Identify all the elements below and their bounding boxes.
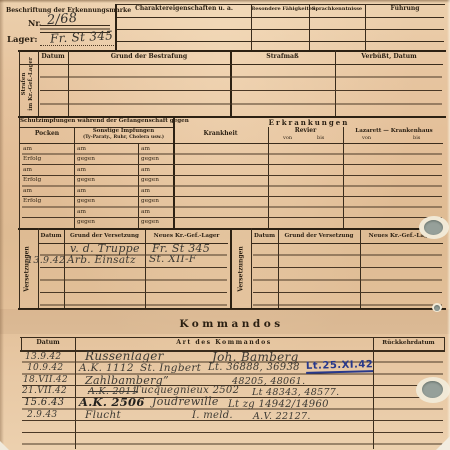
kommandos-table: Kommandos Datum Art des Kommandos Rückke… xyxy=(0,0,450,450)
page-edge-left xyxy=(0,0,4,450)
kommando-entry: Joh. Bamberg xyxy=(212,351,299,363)
kommando-entry: Flucht xyxy=(85,410,121,421)
page-edge-top xyxy=(0,0,450,3)
kommando-entry: A.K. 1112 xyxy=(79,363,134,374)
col-art: Art des Kommandos xyxy=(75,340,373,347)
punch-hole xyxy=(424,220,443,235)
kommando-datum: 10.9.42 xyxy=(27,364,63,373)
kommando-entry: Lt. 36888, 36938 xyxy=(208,363,300,373)
kommando-entry: Lt 48343, 48577. xyxy=(252,388,339,398)
kommando-datum: 21.VII.42 xyxy=(22,387,67,396)
kommando-datum: 2.9.43 xyxy=(27,411,57,420)
kommando-entry: Lt zg 14942/14960 xyxy=(228,400,329,410)
kommando-entry: 48205, 48061. xyxy=(232,377,305,387)
punch-hole xyxy=(422,381,443,398)
kommando-entry: St. Ingbert xyxy=(140,363,201,374)
kommando-entry: A.V. 22127. xyxy=(253,412,311,422)
kommando-entry: Tucquegnieux 2502 xyxy=(134,386,239,396)
kommando-datum: 13.9.42 xyxy=(25,353,61,362)
kommando-entry: Zahlbamberg” xyxy=(85,375,169,386)
kommando-entry: I. meld. xyxy=(192,411,233,421)
punch-hole-small xyxy=(434,305,440,311)
rule-line xyxy=(20,337,445,338)
rule-line xyxy=(444,337,445,351)
return-date-stamp: Lt.25.XI.42 xyxy=(306,360,374,374)
kommando-entry: A.K. 2506 xyxy=(79,397,145,409)
kommando-datum: 18.VII.42 xyxy=(23,376,68,385)
kommando-entry: Joudrewille xyxy=(152,396,219,407)
page-corner xyxy=(0,441,9,450)
kommando-entry: Russenlager xyxy=(85,350,164,362)
page-corner xyxy=(436,436,450,450)
col-datum: Datum xyxy=(21,340,75,347)
pow-record-card: Beschriftung der Erkennungsmarke Nr. 2/6… xyxy=(0,0,450,450)
kommando-datum: 15.6.43 xyxy=(24,398,64,408)
col-rueckkehr: Rückkehrdatum xyxy=(373,340,444,346)
kommandos-title: Kommandos xyxy=(20,319,443,331)
